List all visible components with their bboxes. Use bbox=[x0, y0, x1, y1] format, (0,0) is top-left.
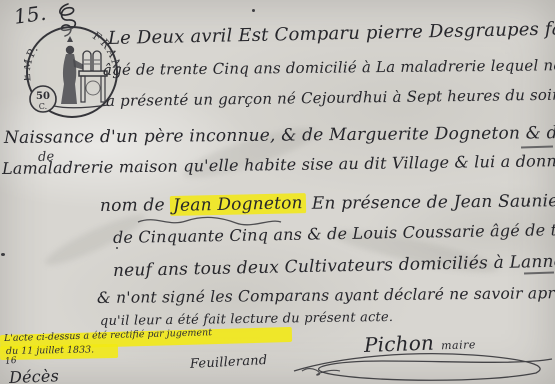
next-act-first-word: Décès bbox=[9, 366, 60, 384]
line-filler-stroke bbox=[521, 145, 553, 148]
next-act-number: 16 bbox=[4, 356, 17, 367]
manuscript-line-9: & n'ont signé les Comparans ayant déclar… bbox=[97, 284, 555, 307]
register-page-scan: 15. EMP. FRAN. bbox=[0, 0, 555, 384]
line-filler-stroke bbox=[524, 271, 554, 274]
margin-note-line-2: du 11 juillet 1833. bbox=[6, 344, 94, 357]
ink-speck bbox=[1, 253, 5, 256]
manuscript-line-4: Naissance d'un père inconnue, & de Margu… bbox=[4, 123, 555, 148]
manuscript-line-3: a présenté un garçon né Cejourdhui à Sep… bbox=[106, 86, 555, 110]
ink-speck bbox=[116, 247, 118, 249]
manuscript-line-5: Lamaladrerie maison qu'elle habite sise … bbox=[2, 151, 555, 178]
witness-signature: Feuillerand bbox=[190, 353, 268, 372]
manuscript-line-10: qu'il leur a été fait lecture du présent… bbox=[100, 310, 393, 329]
stamp-value-unit: C. bbox=[39, 102, 47, 111]
stamp-value: 50 bbox=[36, 91, 50, 102]
name-line-suffix: En présence de Jean Saunier âgé bbox=[306, 191, 555, 214]
manuscript-line-1: Le Deux avril Est Comparu pierre Desgrau… bbox=[108, 18, 555, 49]
ink-speck bbox=[252, 9, 255, 12]
manuscript-line-2: âgé de trente Cinq ans domicilié à La ma… bbox=[103, 56, 555, 79]
witness-signature-flourish bbox=[300, 361, 342, 380]
stamp-denomination: 50 C. bbox=[30, 86, 56, 112]
manuscript-line-8: neuf ans tous deux Cultivateurs domicili… bbox=[113, 251, 555, 281]
